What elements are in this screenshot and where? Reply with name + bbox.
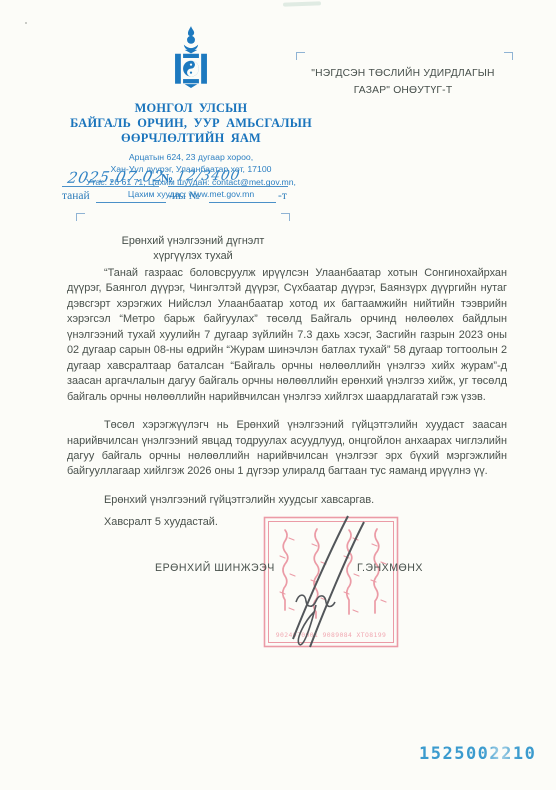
subject-title: Ерөнхий үнэлгээний дүгнэлт хүргүүлэх тух… <box>120 234 266 263</box>
corner-mark-bottom-left <box>76 213 85 221</box>
ministry-line: ӨӨРЧЛӨЛТИЙН ЯАМ <box>60 131 322 146</box>
body-paragraph-2: Төсөл хэрэгжүүлэгч нь Ерөнхий үнэлгээний… <box>67 418 507 480</box>
letter-body: “Танай газраас боловсруулж ирүүлсэн Улаа… <box>67 266 507 531</box>
scanned-letter-page: МОНГОЛ УЛСЫН БАЙГАЛЬ ОРЧИН, УУР АМЬСГАЛЫ… <box>0 0 556 790</box>
scan-smudge <box>283 1 321 6</box>
recipient-block: "НЭГДСЭН ТӨСЛИЙН УДИРДЛАГЫН ГАЗАР" ОНӨУТ… <box>290 66 516 99</box>
reply-ref-blank-2 <box>209 202 276 203</box>
corner-mark-top-right <box>504 52 513 60</box>
reply-ref-suffix: -т <box>278 190 287 202</box>
registration-number-stamp: 1525002210 <box>419 744 536 764</box>
corner-mark-top-left <box>296 52 305 60</box>
scan-speck <box>25 22 27 24</box>
reply-ref-blank-1 <box>96 202 166 203</box>
subject-line: хүргүүлэх тухай <box>120 249 266 264</box>
handwritten-signature <box>275 505 400 660</box>
number-sign: № <box>161 171 173 186</box>
corner-mark-bottom-right <box>281 213 290 221</box>
ministry-name: МОНГОЛ УЛСЫН БАЙГАЛЬ ОРЧИН, УУР АМЬСГАЛЫ… <box>60 101 322 146</box>
ministry-line: МОНГОЛ УЛСЫН <box>60 101 322 116</box>
soyombo-emblem-icon <box>60 20 322 96</box>
body-paragraph-1: “Танай газраас боловсруулж ирүүлсэн Улаа… <box>67 266 507 405</box>
recipient-line: "НЭГДСЭН ТӨСЛИЙН УДИРДЛАГЫН <box>290 66 516 83</box>
recipient-line: ГАЗАР" ОНӨУТҮГ-Т <box>290 83 516 100</box>
ministry-line: БАЙГАЛЬ ОРЧИН, УУР АМЬСГАЛЫН <box>60 116 322 131</box>
handwritten-date: 2025.07.02 <box>66 167 166 187</box>
signer-name: Г.ЭНХМӨНХ <box>357 562 423 574</box>
signer-title: ЕРӨНХИЙ ШИНЖЭЭЧ <box>155 562 275 574</box>
reply-ref-middle: -ны № <box>168 190 200 202</box>
reply-ref-prefix: танай <box>62 190 90 202</box>
number-underline <box>168 186 288 187</box>
date-underline <box>62 186 159 187</box>
handwritten-ref-number: 12/3400 <box>175 167 241 184</box>
address-line: Арцатын 624, 23 дугаар хороо, <box>60 151 322 163</box>
subject-line: Ерөнхий үнэлгээний дүгнэлт <box>120 234 266 249</box>
